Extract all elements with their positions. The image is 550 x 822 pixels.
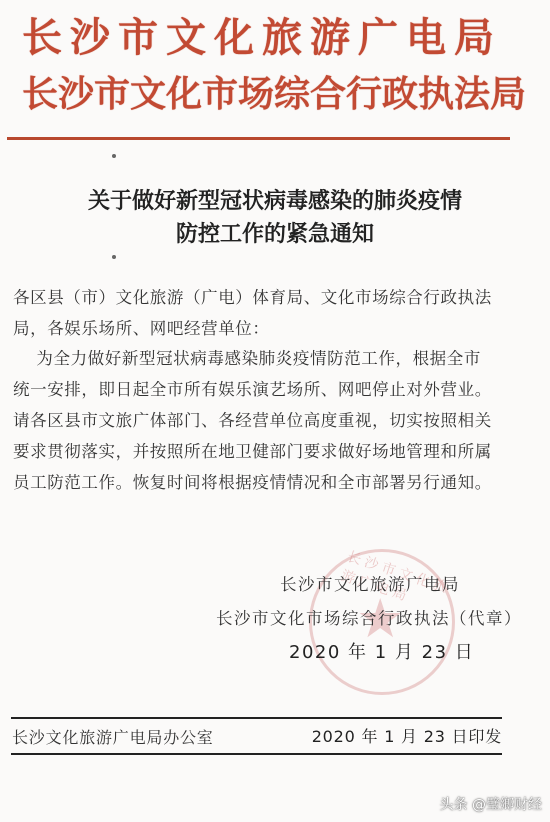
body-line: 各区县（市）文化旅游（广电）体育局、文化市场综合行政执法 (13, 287, 492, 309)
signature-date: 2020 年 1 月 23 日 (289, 642, 474, 664)
body-line: 局，各娱乐场所、网吧经营单位： (13, 318, 270, 340)
source-watermark: 头条 @璧鄉财经 (440, 794, 542, 814)
body-line: 统一安排，即日起全市所有娱乐演艺场所、网吧停止对外营业。 (13, 379, 492, 401)
issue-date: 2020 年 1 月 23 日印发 (312, 724, 502, 747)
notice-title-line-1: 关于做好新型冠状病毒感染的肺炎疫情 (0, 186, 550, 216)
binding-hole-dot (112, 255, 116, 259)
letterhead-line-1: 长沙市文化旅游广电局 (22, 14, 512, 62)
footer-rule-top (11, 717, 502, 719)
footer-rule-bottom (11, 753, 502, 755)
letterhead-line-2: 长沙市文化市场综合行政执法局 (22, 72, 522, 116)
issuer-office: 长沙文化旅游广电局办公室 (12, 725, 214, 748)
body-line: 请各区县市文旅广体部门、各经营单位高度重视，切实按照相关 (13, 410, 492, 432)
notice-title-line-2: 防控工作的紧急通知 (0, 219, 550, 249)
body-line: 员工防范工作。恢复时间将根据疫情情况和全市部署另行通知。 (13, 472, 492, 494)
document-page: 长沙市文化旅游广电局 长沙市文化市场综合行政执法局 关于做好新型冠状病毒感染的肺… (0, 0, 550, 822)
body-line: 要求贯彻落实，并按照所在地卫健部门要求做好场地管理和所属 (13, 441, 492, 463)
signature-org-2: 长沙市文化市场综合行政执法（代章） (216, 608, 522, 630)
signature-org-1: 长沙市文化旅游广电局 (280, 574, 460, 596)
letterhead-red-rule (7, 137, 510, 140)
body-line: 为全力做好新型冠状病毒感染肺炎疫情防范工作，根据全市 (13, 348, 481, 370)
binding-hole-dot (112, 154, 116, 158)
